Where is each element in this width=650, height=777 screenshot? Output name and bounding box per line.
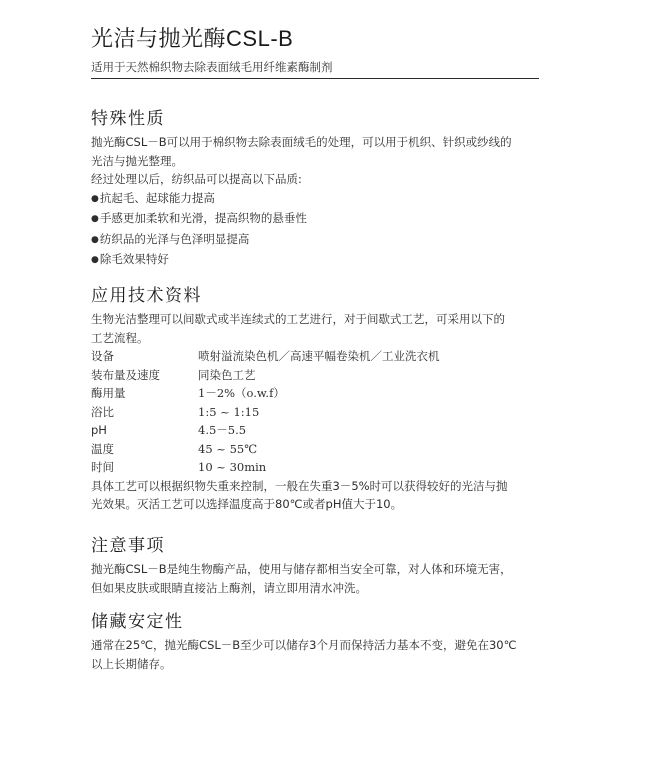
product-subtitle: 适用于天然棉织物去除表面绒毛用纤维素酶制剂 [91,59,333,75]
param-value: 同染色工艺 [198,366,256,385]
product-title: 光洁与抛光酶CSL-B [91,25,293,54]
param-label: 设备 [91,347,198,366]
paragraph-line: 抛光酶CSL－B是纯生物酶产品，使用与储存都相当安全可靠，对人体和环境无害， [91,560,551,579]
table-row: 浴比 1:5 ~ 1:15 [91,403,551,422]
paragraph-line: 以上长期储存。 [91,655,551,674]
table-row: 温度 45 ~ 55℃ [91,440,551,459]
paragraph-line: 通常在25℃，抛光酶CSL－B至少可以储存3个月而保持活力基本不变，避免在30℃ [91,636,551,655]
param-value: 喷射溢流染色机／高速平幅卷染机／工业洗衣机 [198,347,440,366]
bullet-item: 纺织品的光泽与色泽明显提高 [91,230,551,251]
section-precautions: 注意事项 抛光酶CSL－B是纯生物酶产品，使用与储存都相当安全可靠，对人体和环境… [91,535,551,597]
param-value: 45 ~ 55℃ [198,440,257,459]
paragraph-line: 经过处理以后，纺织品可以提高以下品质: [91,170,551,189]
section-heading: 特殊性质 [91,108,551,130]
section-properties: 特殊性质 抛光酶CSL－B可以用于棉织物去除表面绒毛的处理，可以用于机织、针织或… [91,108,551,271]
param-label: pH [91,421,198,440]
paragraph-line: 但如果皮肤或眼睛直接沾上酶剂，请立即用清水冲洗。 [91,579,551,598]
paragraph-line: 光洁与抛光整理。 [91,152,551,171]
bullet-item: 抗起毛、起球能力提高 [91,189,551,210]
table-row: pH 4.5－5.5 [91,421,551,440]
param-value: 1－2%（o.w.f） [198,384,285,403]
param-label: 装布量及速度 [91,366,198,385]
bullet-item: 手感更加柔软和光滑，提高织物的悬垂性 [91,209,551,230]
param-value: 10 ~ 30min [198,458,266,477]
product-code: CSL-B [226,26,293,51]
paragraph-line: 具体工艺可以根据织物失重来控制，一般在失重3－5%时可以获得较好的光洁与抛 [91,477,551,496]
paragraph-line: 工艺流程。 [91,329,551,348]
paragraph-line: 光效果。灭活工艺可以选择温度高于80℃或者pH值大于10。 [91,495,551,514]
param-value: 4.5－5.5 [198,421,246,440]
table-row: 时间 10 ~ 30min [91,458,551,477]
process-table: 设备 喷射溢流染色机／高速平幅卷染机／工业洗衣机 装布量及速度 同染色工艺 酶用… [91,347,551,477]
table-row: 酶用量 1－2%（o.w.f） [91,384,551,403]
param-value: 1:5 ~ 1:15 [198,403,259,422]
param-label: 浴比 [91,403,198,422]
table-row: 设备 喷射溢流染色机／高速平幅卷染机／工业洗衣机 [91,347,551,366]
header-divider [91,78,539,79]
param-label: 时间 [91,458,198,477]
section-heading: 注意事项 [91,535,551,557]
param-label: 温度 [91,440,198,459]
product-title-cn: 光洁与抛光酶 [91,27,226,52]
paragraph-line: 抛光酶CSL－B可以用于棉织物去除表面绒毛的处理，可以用于机织、针织或纱线的 [91,133,551,152]
section-heading: 应用技术资料 [91,285,551,307]
section-heading: 储藏安定性 [91,611,551,633]
bullet-item: 除毛效果特好 [91,250,551,271]
section-storage: 储藏安定性 通常在25℃，抛光酶CSL－B至少可以储存3个月而保持活力基本不变，… [91,611,551,673]
section-technical: 应用技术资料 生物光洁整理可以间歇式或半连续式的工艺进行，对于间歇式工艺，可采用… [91,285,551,514]
paragraph-line: 生物光洁整理可以间歇式或半连续式的工艺进行，对于间歇式工艺，可采用以下的 [91,310,551,329]
table-row: 装布量及速度 同染色工艺 [91,366,551,385]
param-label: 酶用量 [91,384,198,403]
